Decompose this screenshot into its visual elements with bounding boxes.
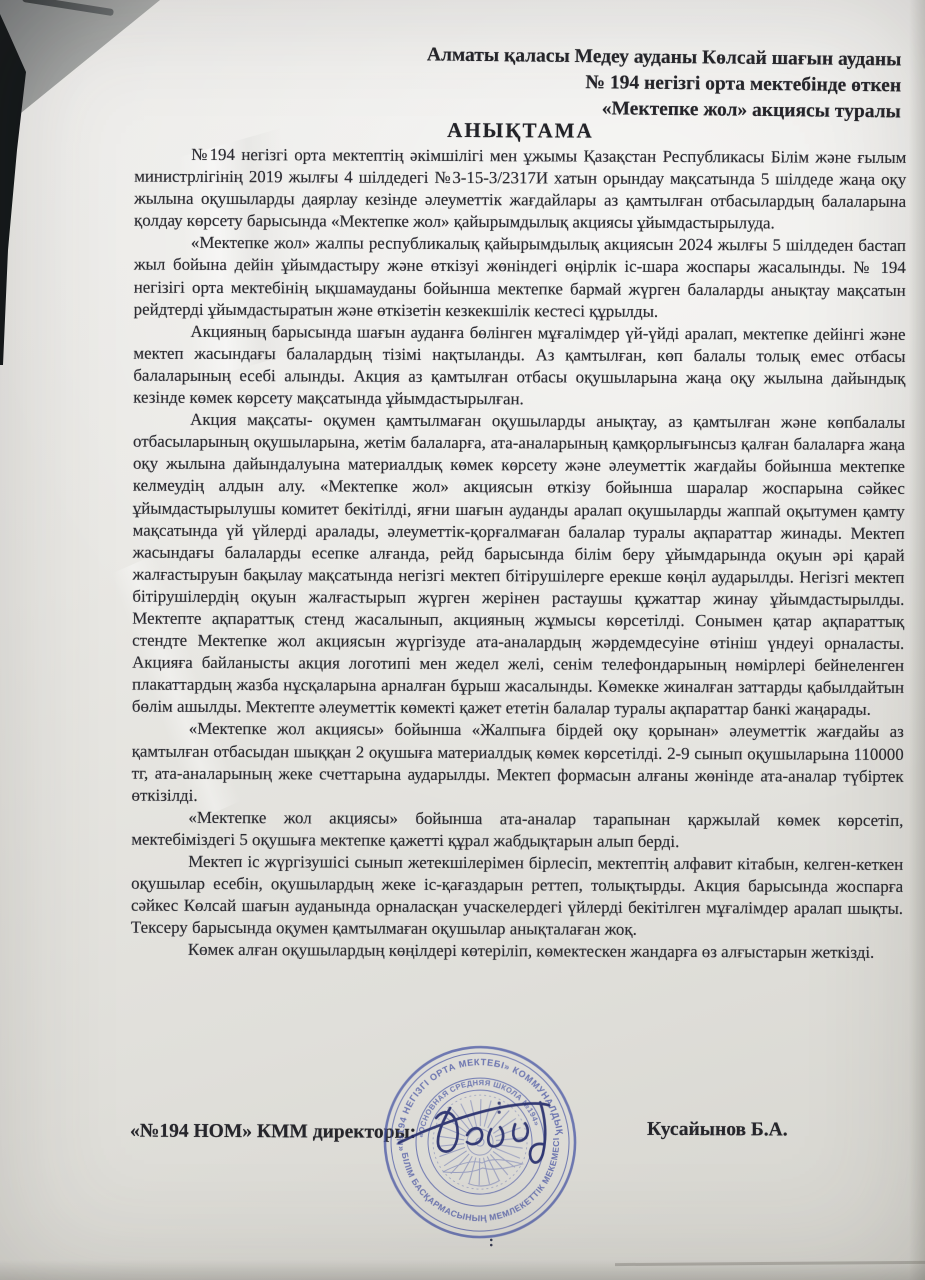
stray-colon-mark: : xyxy=(489,1233,494,1251)
scanned-document-photo: { "document": { "header_lines": [ "Алмат… xyxy=(0,0,925,1280)
document-content: Алматы қаласы Медеу ауданы Көлсай шағын … xyxy=(0,0,925,1280)
signature-ink xyxy=(0,0,925,1280)
paper-right-shadow xyxy=(909,0,925,1280)
paper-sheet: Алматы қаласы Медеу ауданы Көлсай шағын … xyxy=(0,0,925,1280)
